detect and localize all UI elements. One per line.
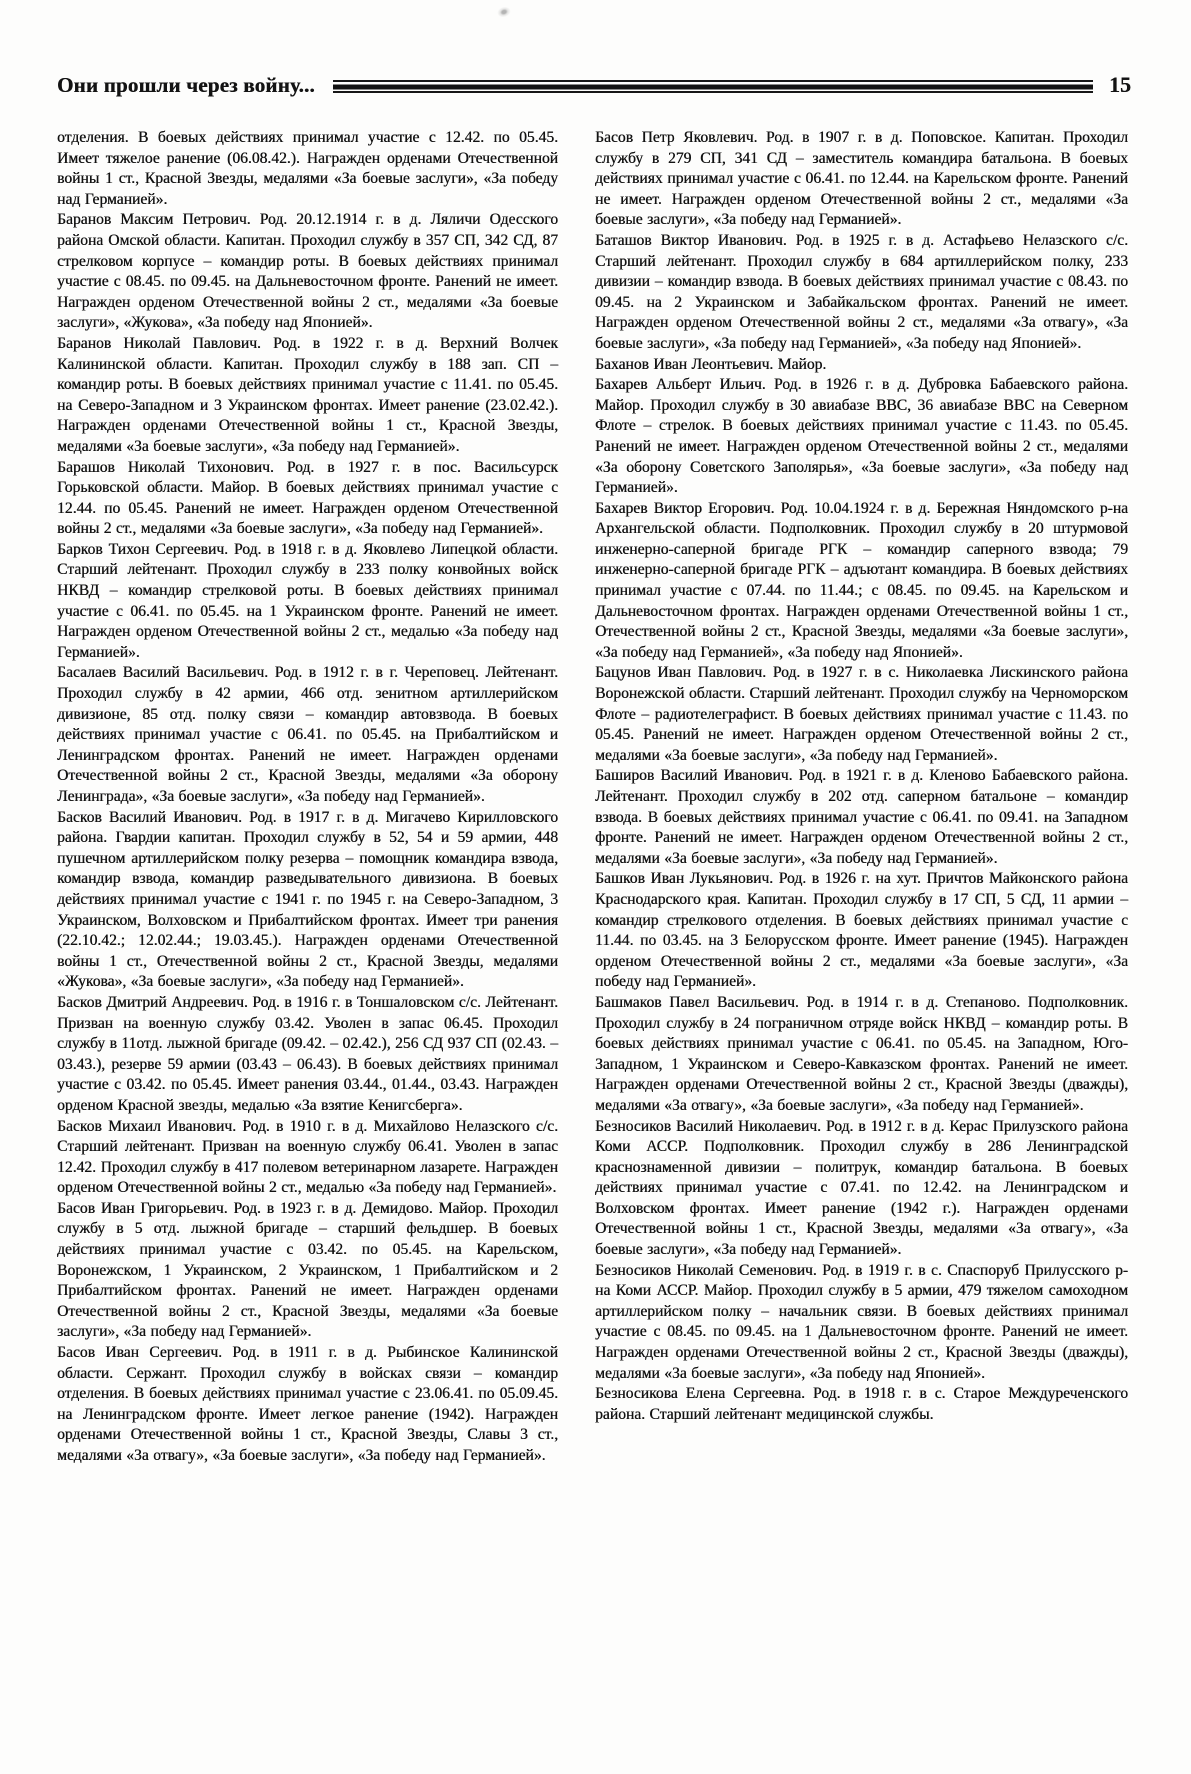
entry-paragraph: Баширов Василий Иванович. Род. в 1921 г.… (595, 766, 1128, 869)
page-header: Они прошли через войну... 15 (57, 72, 1131, 98)
running-header-title: Они прошли через войну... (57, 73, 315, 98)
entry-paragraph: Басков Михаил Иванович. Род. в 1910 г. в… (57, 1117, 558, 1199)
entry-paragraph: Басов Иван Сергеевич. Род. в 1911 г. в д… (57, 1343, 558, 1467)
entry-paragraph: Басков Василий Иванович. Род. в 1917 г. … (57, 808, 558, 993)
entry-paragraph: Баташов Виктор Иванович. Род. в 1925 г. … (595, 231, 1128, 355)
entry-paragraph: Бахарев Альберт Ильич. Род. в 1926 г. в … (595, 375, 1128, 499)
entry-paragraph: Барков Тихон Сергеевич. Род. в 1918 г. в… (57, 540, 558, 664)
entry-paragraph: Баранов Николай Павлович. Род. в 1922 г.… (57, 334, 558, 458)
entry-paragraph: Башмаков Павел Васильевич. Род. в 1914 г… (595, 993, 1128, 1117)
entry-paragraph: Басков Дмитрий Андреевич. Род. в 1916 г.… (57, 993, 558, 1117)
entry-paragraph: Баханов Иван Леонтьевич. Майор. (595, 355, 1128, 376)
page-number: 15 (1109, 72, 1131, 98)
entry-paragraph: Басов Иван Григорьевич. Род. в 1923 г. в… (57, 1199, 558, 1343)
right-column: Басов Петр Яковлевич. Род. в 1907 г. в д… (595, 128, 1128, 1467)
entry-paragraph: Башков Иван Лукьянович. Род. в 1926 г. н… (595, 869, 1128, 993)
entry-paragraph: Безносиков Василий Николаевич. Род. в 19… (595, 1117, 1128, 1261)
entry-paragraph: Бацунов Иван Павлович. Род. в 1927 г. в … (595, 663, 1128, 766)
entry-paragraph: Безносиков Николай Семенович. Род. в 191… (595, 1261, 1128, 1385)
text-columns: отделения. В боевых действиях принимал у… (57, 128, 1128, 1467)
header-divider-rules (333, 80, 1093, 93)
entry-paragraph: Басов Петр Яковлевич. Род. в 1907 г. в д… (595, 128, 1128, 231)
entry-paragraph: Безносикова Елена Сергеевна. Род. в 1918… (595, 1384, 1128, 1425)
entry-paragraph: Баранов Максим Петрович. Род. 20.12.1914… (57, 210, 558, 334)
entry-paragraph: Басалаев Василий Васильевич. Род. в 1912… (57, 663, 558, 807)
book-page: Они прошли через войну... 15 отделения. … (0, 0, 1191, 1774)
scan-artifact (495, 4, 514, 20)
entry-paragraph: отделения. В боевых действиях принимал у… (57, 128, 558, 210)
left-column: отделения. В боевых действиях принимал у… (57, 128, 558, 1467)
entry-paragraph: Барашов Николай Тихонович. Род. в 1927 г… (57, 458, 558, 540)
entry-paragraph: Бахарев Виктор Егорович. Род. 10.04.1924… (595, 499, 1128, 664)
